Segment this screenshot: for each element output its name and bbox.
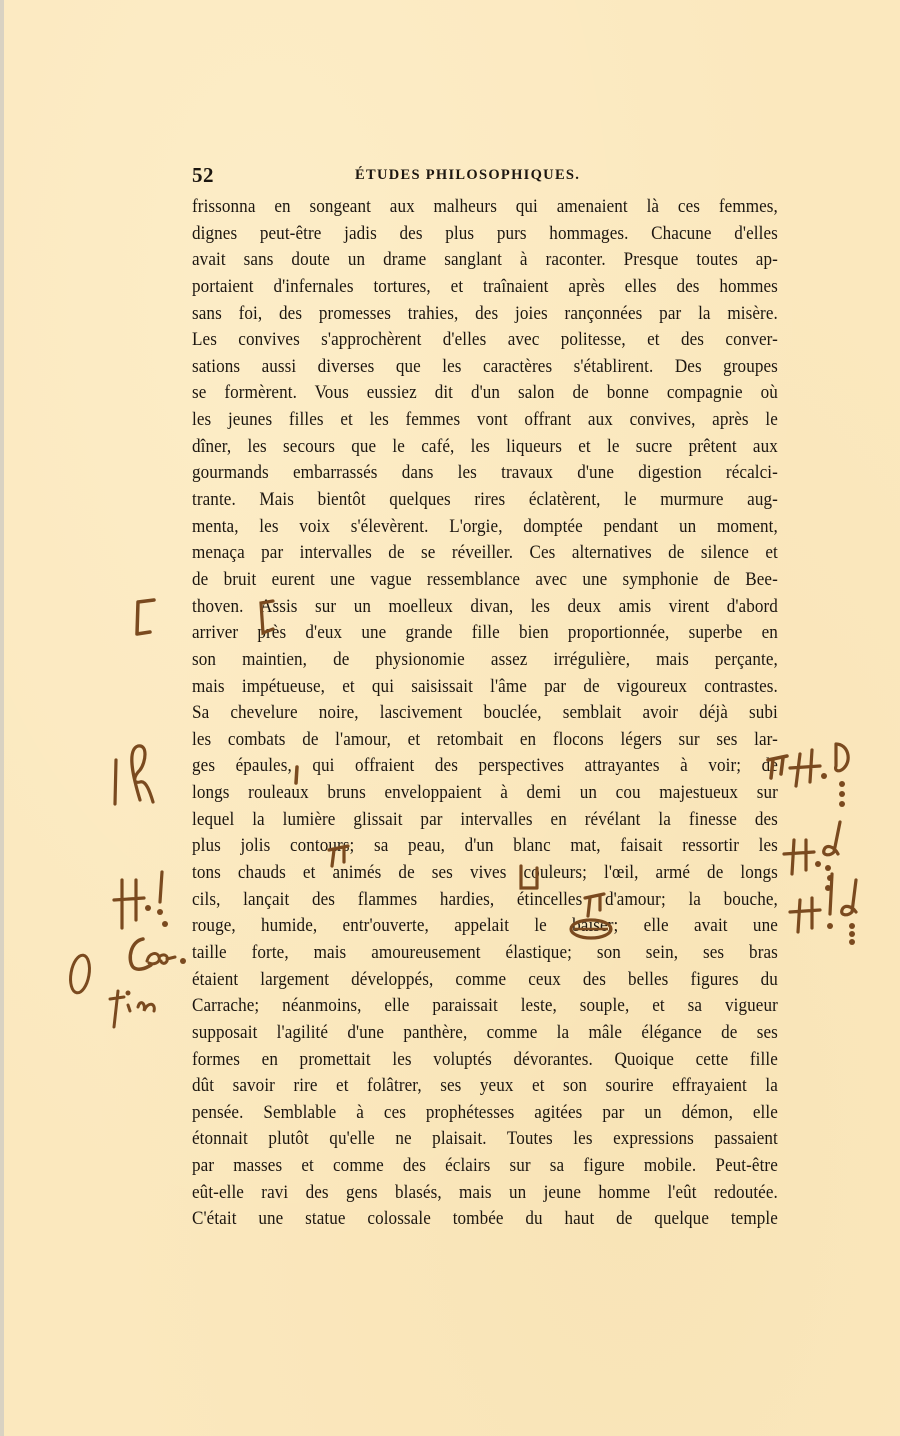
text-line: menaça par intervalles de se réveiller. … <box>192 540 778 567</box>
inline-semicolon-mark-couleurs <box>515 862 541 894</box>
text-line: trante. Mais bientôt quelques rires écla… <box>192 487 778 514</box>
text-line: cils, lançait des flammes hardies, étinc… <box>192 887 778 914</box>
text-line: les combats de l'amour, et retombait en … <box>192 727 778 754</box>
text-line: pensée. Semblable à ces prophétesses agi… <box>192 1100 778 1127</box>
text-line: Les convives s'approchèrent d'elles avec… <box>192 327 778 354</box>
text-line: avait sans doute un drame sanglant à rac… <box>192 247 778 274</box>
text-line: Carrache; néanmoins, elle paraissait les… <box>192 993 778 1020</box>
handwritten-18 <box>110 740 160 810</box>
text-line: menta, les voix s'élevèrent. L'orgie, do… <box>192 514 778 541</box>
page-edge <box>0 0 4 1436</box>
handwritten-fin <box>108 985 168 1030</box>
text-line: eût-elle ravi des gens blasés, mais un j… <box>192 1180 778 1207</box>
handwritten-h-question <box>786 738 856 808</box>
handwritten-h-double-exclaim <box>790 870 870 950</box>
text-line: étonnait plutôt qu'elle ne plaisait. Tou… <box>192 1126 778 1153</box>
text-line: étaient largement développés, comme ceux… <box>192 967 778 994</box>
text-line: arriver près d'eux une grande fille bien… <box>192 620 778 647</box>
text-line: Sa chevelure noire, lascivement bouclée,… <box>192 700 778 727</box>
text-line: sans foi, des promesses trahies, des joi… <box>192 301 778 328</box>
page-header: 52 ÉTUDES PHILOSOPHIQUES. <box>192 163 784 189</box>
inline-comma-mark <box>292 763 302 787</box>
text-line: dîner, les secours que le café, les liqu… <box>192 434 778 461</box>
inline-circle-mark <box>566 914 616 944</box>
text-line: de bruit eurent une vague ressemblance a… <box>192 567 778 594</box>
text-line: supposait l'agilité d'une panthère, comm… <box>192 1020 778 1047</box>
text-line: se formèrent. Vous eussiez dit d'un salo… <box>192 380 778 407</box>
text-line: par masses et comme des éclairs sur sa f… <box>192 1153 778 1180</box>
paragraph-bracket-icon <box>128 596 158 641</box>
text-line: ges épaules, qui offraient des perspecti… <box>192 753 778 780</box>
text-line: frissonna en songeant aux malheurs qui a… <box>192 194 778 221</box>
text-line: son maintien, de physionomie assez irrég… <box>192 647 778 674</box>
text-line: les jeunes filles et les femmes vont off… <box>192 407 778 434</box>
handwritten-o <box>66 950 96 1000</box>
text-line: portaient d'infernales tortures, et traî… <box>192 274 778 301</box>
text-line: tons chauds et animés de ses vives coule… <box>192 860 778 887</box>
inline-semicolon-mark-contours <box>326 840 352 870</box>
text-line: rouge, humide, entr'ouverte, appelait le… <box>192 913 778 940</box>
text-line: mais impétueuse, et qui saisissait l'âme… <box>192 674 778 701</box>
text-line: dignes peut-être jadis des plus purs hom… <box>192 221 778 248</box>
text-line: sations aussi diverses que les caractère… <box>192 354 778 381</box>
text-line: C'était une statue colossale tombée du h… <box>192 1206 778 1233</box>
handwritten-h-exclaim <box>110 870 170 930</box>
inline-bracket-mark <box>255 597 277 637</box>
text-line: dût savoir rire et folâtrer, ses yeux et… <box>192 1073 778 1100</box>
text-line: longs rouleaux bruns enveloppaient à dem… <box>192 780 778 807</box>
inline-semicolon-mark-voir <box>765 752 791 782</box>
page-number: 52 <box>192 163 214 188</box>
handwritten-car <box>125 935 185 975</box>
text-line: thoven. Assis sur un moelleux divan, les… <box>192 594 778 621</box>
text-line: taille forte, mais amoureusement élastiq… <box>192 940 778 967</box>
text-line: gourmands embarrassés dans les travaux d… <box>192 460 778 487</box>
text-line: formes en promettait les voluptés dévora… <box>192 1047 778 1074</box>
text-line: plus jolis contours; sa peau, d'un blanc… <box>192 833 778 860</box>
body-text: frissonna en songeant aux malheurs qui a… <box>192 194 778 1233</box>
text-line: lequel la lumière glissait par intervall… <box>192 807 778 834</box>
running-head: ÉTUDES PHILOSOPHIQUES. <box>355 167 580 184</box>
scanned-book-page: 52 ÉTUDES PHILOSOPHIQUES. frissonna en s… <box>0 0 900 1436</box>
